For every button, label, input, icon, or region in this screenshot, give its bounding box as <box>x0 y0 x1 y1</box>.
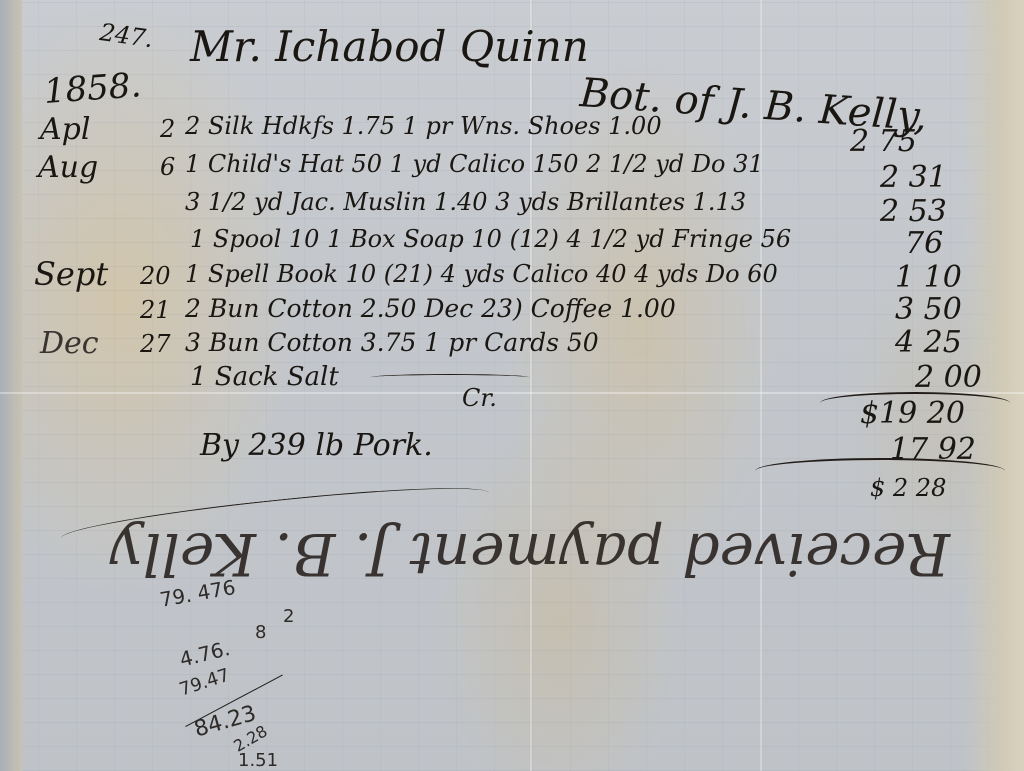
entry-description: 3 1/2 yd Jac. Muslin 1.40 3 yds Brillant… <box>185 188 746 216</box>
entry-day: 21 <box>140 296 171 324</box>
entry-amount: 3 50 <box>895 292 962 327</box>
total-amount: $19 20 <box>860 396 965 431</box>
entry-description: 1 Spool 10 1 Box Soap 10 (12) 4 1/2 yd F… <box>190 225 791 253</box>
credit-description: By 239 lb Pork. <box>200 428 433 463</box>
left-page-edge <box>0 0 22 771</box>
entry-day: 6 <box>160 153 175 181</box>
entry-amount: 76 <box>905 226 943 261</box>
entry-description: 2 Bun Cotton 2.50 Dec 23) Coffee 1.00 <box>185 294 676 323</box>
entry-day: 27 <box>140 330 171 358</box>
entry-description: 1 Child's Hat 50 1 yd Calico 150 2 1/2 y… <box>185 150 764 178</box>
entry-month: Sept <box>34 255 108 293</box>
entry-amount: 4 25 <box>895 325 962 360</box>
entry-amount: 1 10 <box>895 260 962 295</box>
balance-amount: $ 2 28 <box>870 474 946 502</box>
entry-description: 1 Spell Book 10 (21) 4 yds Calico 40 4 y… <box>185 260 778 288</box>
entry-month: Apl <box>40 112 90 147</box>
ledger-paper: 247. Mr. Ichabod Quinn 1858. Bot. of J. … <box>0 0 1024 771</box>
credit-marker: Cr. <box>462 384 497 412</box>
entry-day: 20 <box>140 262 171 290</box>
entry-description: 1 Sack Salt <box>190 362 339 392</box>
inverted-signature: Received payment J. B. Kelly <box>110 520 950 588</box>
year: 1858. <box>43 65 143 112</box>
entry-amount: 2 00 <box>915 360 982 395</box>
underline-stroke <box>370 374 530 381</box>
calc-line: 8 <box>255 622 266 643</box>
entry-description: 3 Bun Cotton 3.75 1 pr Cards 50 <box>185 328 599 357</box>
entry-amount: 2 31 <box>880 160 947 195</box>
calc-line: 2 <box>283 606 294 627</box>
entry-amount: 2 75 <box>850 124 917 159</box>
entry-month: Dec <box>40 326 99 361</box>
entry-month: Aug <box>38 150 98 185</box>
customer-name: Mr. Ichabod Quinn <box>190 22 589 71</box>
calc-line: 1.51 <box>238 750 278 771</box>
entry-description: 2 Silk Hdkfs 1.75 1 pr Wns. Shoes 1.00 <box>185 112 662 140</box>
entry-amount: 2 53 <box>880 194 947 229</box>
entry-day: 2 <box>160 115 175 143</box>
